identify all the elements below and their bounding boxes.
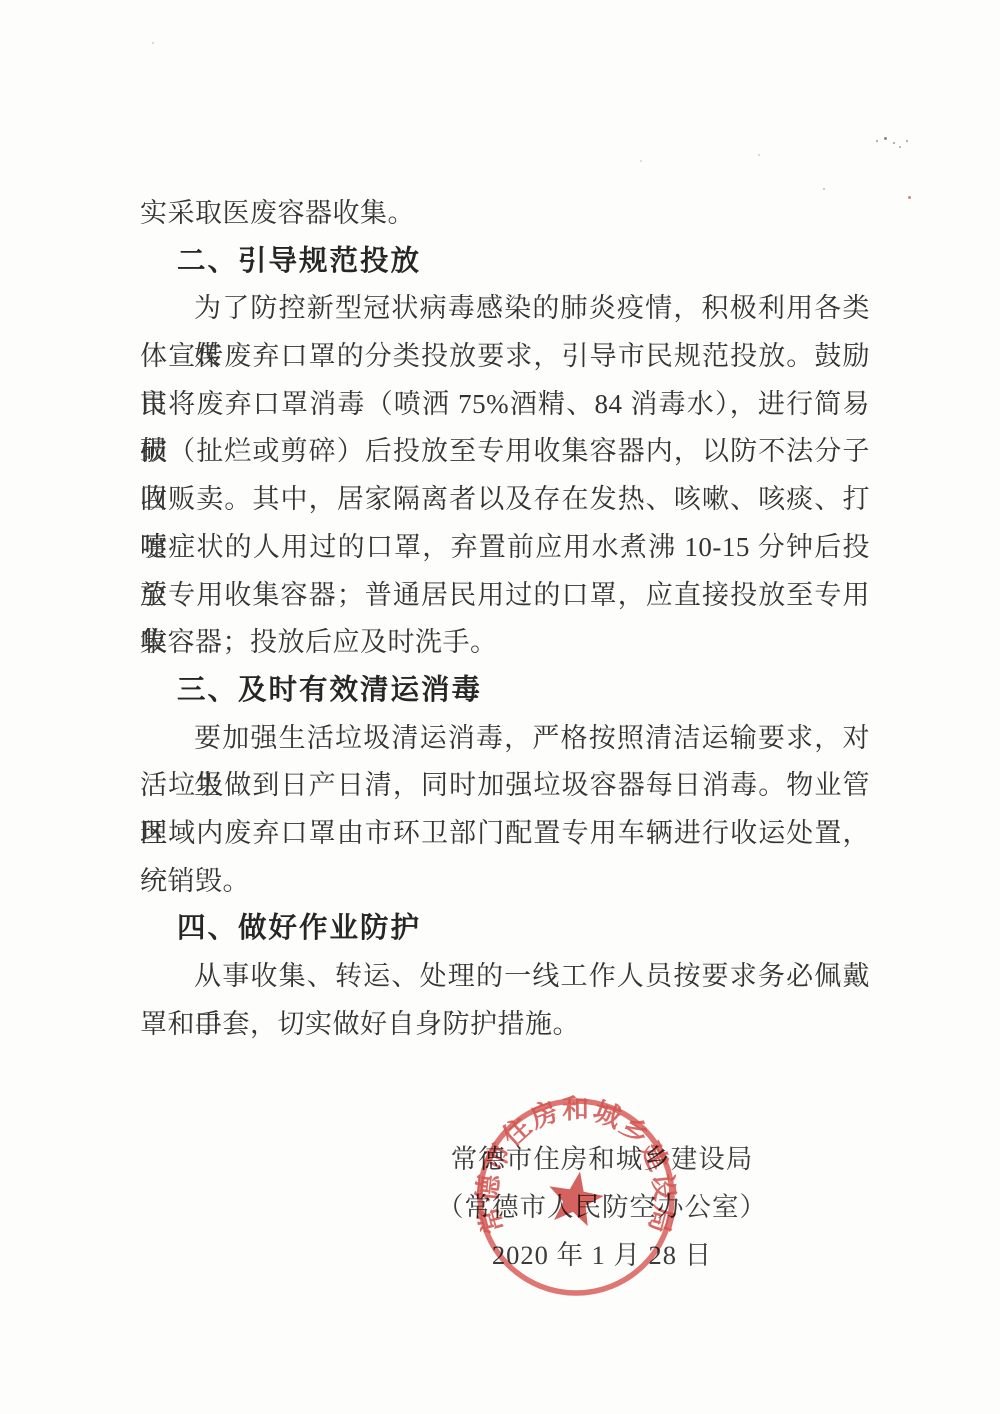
text-line: 区域内废弃口罩由市环卫部门配置专用车辆进行收运处置，统 (140, 810, 870, 858)
text-line: 活垃圾做到日产日清，同时加强垃圾容器每日消毒。物业管理 (140, 762, 870, 810)
body-text: 实采取医废容器收集。二、引导规范投放为了防控新型冠状病毒感染的肺炎疫情，积极利用… (140, 190, 870, 1048)
section-heading: 四、做好作业防护 (140, 905, 907, 953)
section-heading: 二、引导规范投放 (140, 238, 907, 286)
text-line: 收贩卖。其中，居家隔离者以及存在发热、咳嗽、咳痰、打喷 (140, 476, 870, 524)
issuer-name: 常德市住房和城乡建设局 (400, 1136, 804, 1184)
text-line: 一销毁。 (140, 858, 870, 906)
text-line: 体宣传废弃口罩的分类投放要求，引导市民规范投放。鼓励市 (140, 333, 870, 381)
text-line: 从事收集、转运、处理的一线工作人员按要求务必佩戴口 (140, 953, 870, 1001)
text-line: 嚏症状的人用过的口罩，弃置前应用水煮沸 10-15 分钟后投放 (140, 524, 870, 572)
signature-block: 常德市住房和城乡建设局 （常德市人民防空办公室） 2020 年 1 月 28 日 (400, 1136, 804, 1279)
text-line: 民将废弃口罩消毒（喷洒 75%酒精、84 消毒水），进行简易破 (140, 381, 870, 429)
issue-date: 2020 年 1 月 28 日 (400, 1232, 804, 1280)
text-line: 罩和手套，切实做好自身防护措施。 (140, 1001, 870, 1049)
text-line: 实采取医废容器收集。 (140, 190, 870, 238)
issuer-paren-name: （常德市人民防空办公室） (400, 1184, 804, 1232)
section-heading: 三、及时有效清运消毒 (140, 667, 907, 715)
text-line: 集容器；投放后应及时洗手。 (140, 619, 870, 667)
text-line: 为了防控新型冠状病毒感染的肺炎疫情，积极利用各类媒 (140, 285, 870, 333)
text-line: 要加强生活垃圾清运消毒，严格按照清洁运输要求，对生 (140, 715, 870, 763)
text-line: 损（扯烂或剪碎）后投放至专用收集容器内，以防不法分子回 (140, 428, 870, 476)
document-page: 实采取医废容器收集。二、引导规范投放为了防控新型冠状病毒感染的肺炎疫情，积极利用… (0, 0, 1000, 1414)
text-line: 至专用收集容器；普通居民用过的口罩，应直接投放至专用收 (140, 572, 870, 620)
